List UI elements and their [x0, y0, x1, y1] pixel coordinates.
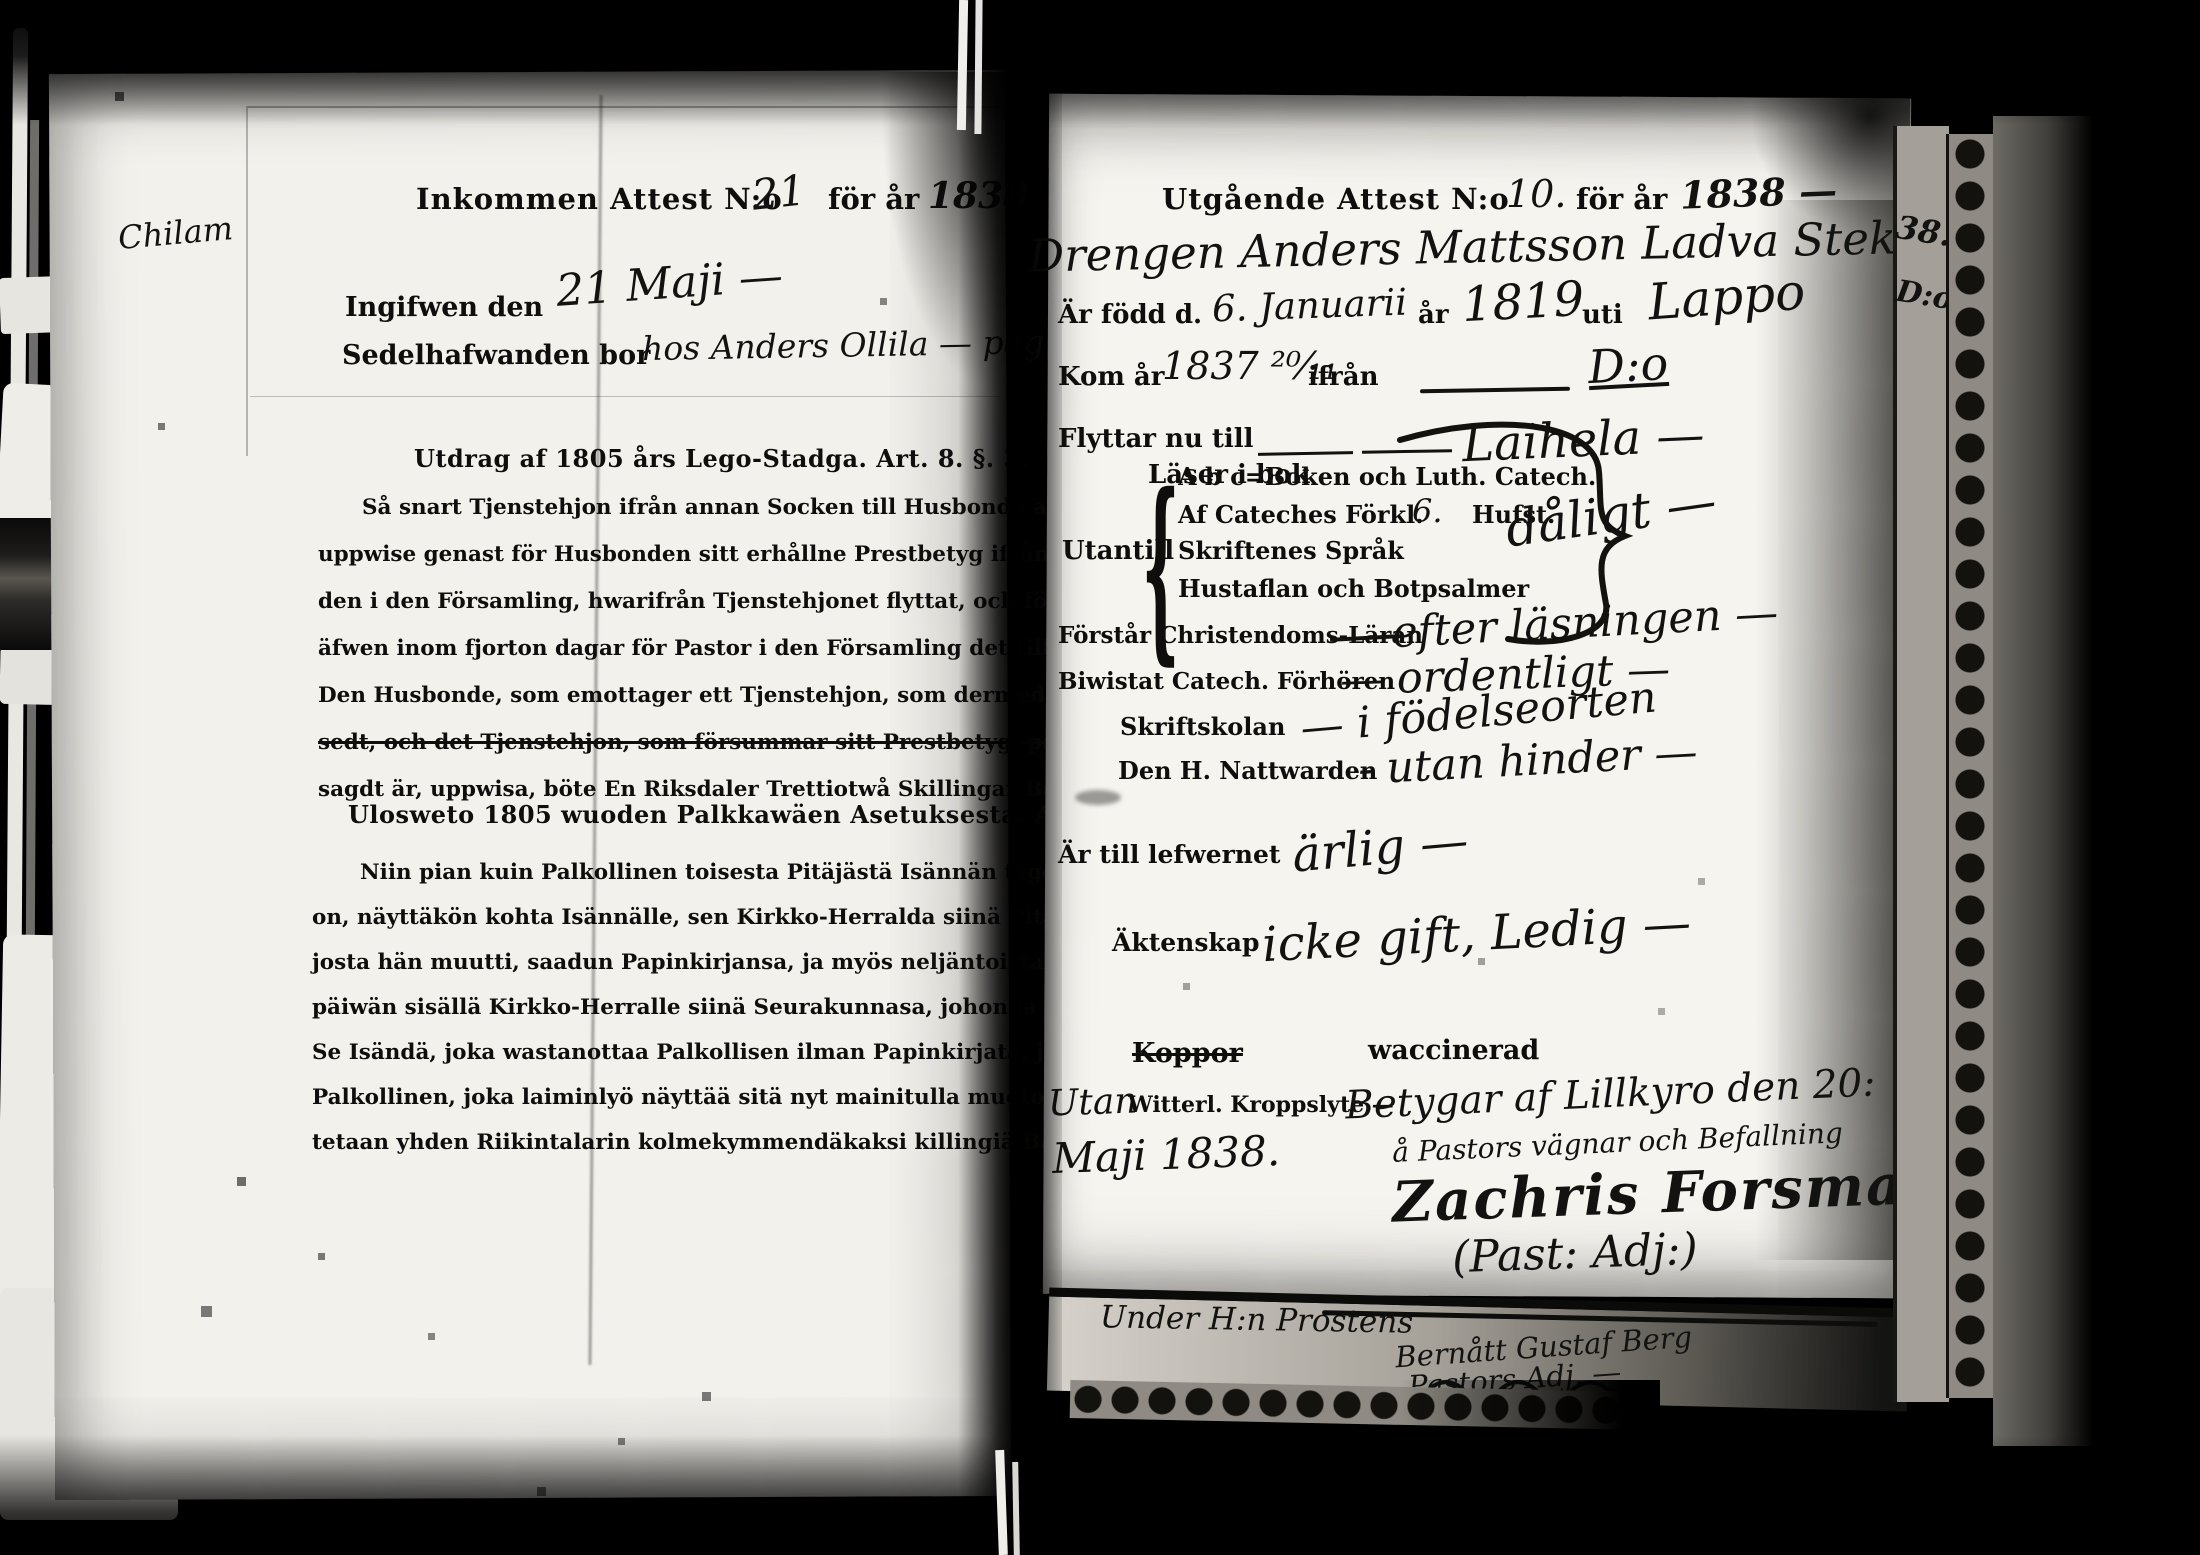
kroppslyte-hand-utan: Utan — [1047, 1080, 1138, 1124]
toner-speckles — [0, 0, 3, 3]
nattwarden-label: Den H. Nattwarden — [1118, 756, 1377, 785]
bookmark-thread — [1012, 1462, 1020, 1555]
scanned-book-spread: Chilam Inkommen Attest N:o 21 för år 183… — [0, 0, 2200, 1555]
sedelhafwanden-value: hos Anders Ollila — pag. 37. — [642, 321, 1118, 368]
bookmark-thread — [974, 0, 982, 134]
kom-place: D:o — [1587, 336, 1670, 394]
lefwernet-label: Är till lefwernet — [1058, 840, 1280, 869]
paragraph-line: päiwän sisällä Kirkko-Herralle siinä Seu… — [312, 985, 1146, 1030]
finnish-paragraph: Niin pian kuin Palkollinen toisesta Pitä… — [312, 850, 1146, 1165]
koppor-label-struck: Koppor — [1132, 1038, 1243, 1069]
kroppslyte-date: Maji 1838. — [1051, 1126, 1281, 1183]
flyttar-label: Flyttar nu till — [1058, 424, 1254, 454]
left-header-mid: för år — [828, 182, 919, 216]
right-header-year: 1838 — — [1679, 167, 1837, 217]
paragraph-line: on, näyttäkön kohta Isännälle, sen Kirkk… — [312, 895, 1146, 940]
paragraph-line-struck: sedt, och det Tjenstehjon, som försummar… — [318, 719, 1135, 766]
paragraph-line: Se Isändä, joka wastanottaa Palkollisen … — [312, 1030, 1146, 1075]
left-header-label: Inkommen Attest N:o — [416, 182, 783, 216]
kom-label: Kom år — [1058, 362, 1164, 392]
paragraph-line: Den Husbonde, som emottager ett Tjensteh… — [318, 672, 1135, 719]
right-header-number: 10. — [1506, 172, 1566, 216]
form-rule — [246, 106, 248, 456]
pastor-title: (Past: Adj:) — [1451, 1224, 1698, 1284]
paragraph-line: uppwise genast för Husbonden sitt erhåll… — [318, 531, 1135, 578]
utantill-item: Skriftenes Språk — [1178, 536, 1404, 565]
form-rule — [248, 106, 1008, 108]
born-label: Är född d. — [1058, 300, 1202, 330]
paragraph-line: Palkollinen, joka laiminlyö näyttää sitä… — [312, 1075, 1146, 1120]
paragraph-line: äfwen inom fjorton dagar för Pastor i de… — [318, 625, 1135, 672]
utantill-item: Af Cateches Förkl. — [1178, 500, 1424, 529]
ink-smudge — [1075, 790, 1121, 805]
skriftskolan-label: Skriftskolan — [1120, 712, 1285, 741]
paragraph-line: den i den Församling, hwarifrån Tjensteh… — [318, 578, 1135, 625]
utdrag-heading: Utdrag af 1805 års Lego-Stadga. Art. 8. … — [414, 444, 1030, 473]
born-label-ar: år — [1418, 300, 1449, 330]
right-header-label: Utgående Attest N:o — [1162, 182, 1510, 216]
paragraph-line: Niin pian kuin Palkollinen toisesta Pitä… — [312, 850, 1146, 895]
swedish-paragraph: Så snart Tjenstehjon ifrån annan Socken … — [318, 484, 1135, 813]
ingifwen-label: Ingifwen den — [345, 292, 543, 323]
born-label-uti: uti — [1582, 300, 1623, 330]
right-header-mid: för år — [1576, 182, 1667, 216]
left-header-number: 21 — [750, 165, 808, 219]
born-place: Lappo — [1646, 263, 1807, 332]
born-day: 6. Januarii — [1211, 281, 1407, 331]
left-header-year: 1838 — [928, 175, 1028, 217]
edge-page-strip — [1893, 126, 1949, 1402]
kom-label-ifran: ifrån — [1308, 362, 1379, 392]
waccinerad-label: waccinerad — [1368, 1035, 1539, 1066]
sedelhafwanden-label: Sedelhafwanden bor — [342, 340, 650, 371]
paragraph-line: josta hän muutti, saadun Papinkirjansa, … — [312, 940, 1146, 985]
ulosweto-heading: Ulosweto 1805 wuoden Palkkawäen Asetukse… — [348, 800, 1153, 829]
born-year: 1819 — [1461, 271, 1586, 333]
book-cover-edge — [1993, 116, 2093, 1446]
footer-note-line1: Under H:n Prostens — [1100, 1299, 1414, 1340]
rosette-border-right — [1946, 134, 1996, 1398]
aktenskap-label: Äktenskap — [1112, 928, 1259, 957]
paragraph-line: tetaan yhden Riikintalarin kolmekymmendä… — [312, 1120, 1146, 1165]
paragraph-line: Så snart Tjenstehjon ifrån annan Socken … — [318, 484, 1135, 531]
form-rule — [250, 396, 1000, 397]
